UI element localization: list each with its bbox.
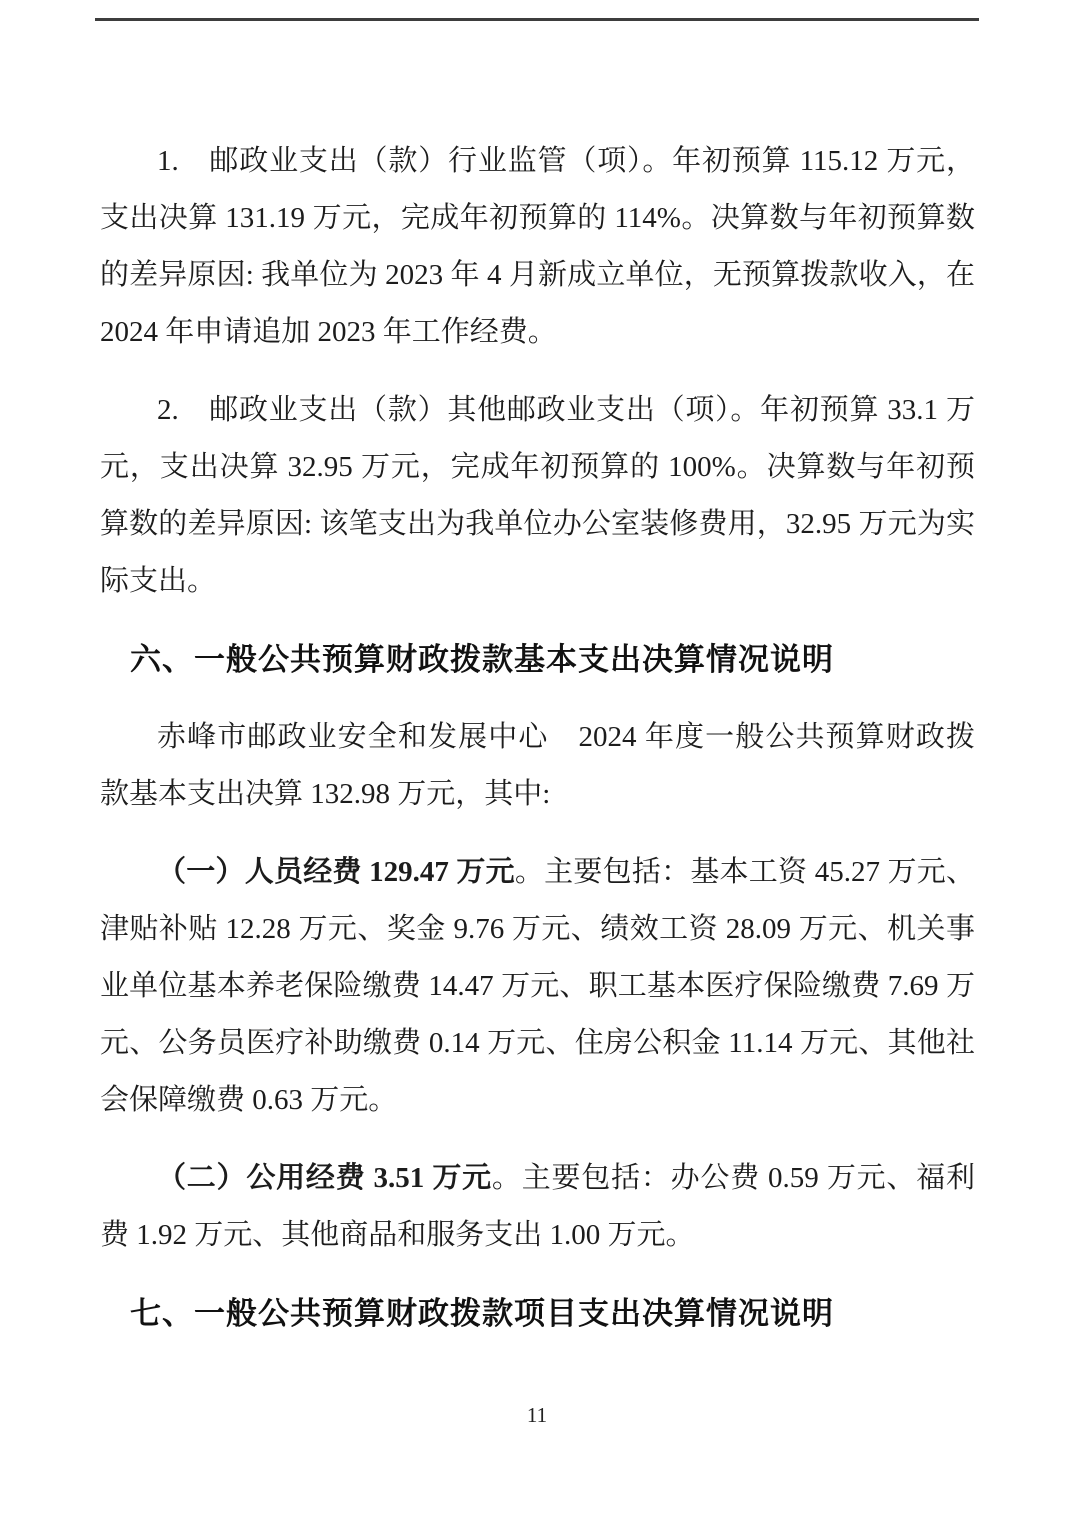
personnel-expense-detail: 。主要包括：基本工资 45.27 万元、津贴补贴 12.28 万元、奖金 9.7… — [100, 856, 975, 1116]
section-heading-six: 六、一般公共预算财政拨款基本支出决算情况说明 — [100, 631, 975, 688]
paragraph-subitem-2: 2. 邮政业支出（款）其他邮政业支出（项）。年初预算 33.1 万元，支出决算 … — [100, 382, 975, 610]
public-expense-lead: （二）公用经费 3.51 万元 — [157, 1162, 492, 1194]
paragraph-subitem-1: 1. 邮政业支出（款）行业监管（项）。年初预算 115.12 万元，支出决算 1… — [100, 133, 975, 361]
section-heading-seven: 七、一般公共预算财政拨款项目支出决算情况说明 — [100, 1285, 975, 1342]
header-rule — [95, 18, 979, 21]
paragraph-basic-expense-intro: 赤峰市邮政业安全和发展中心 2024 年度一般公共预算财政拨款基本支出决算 13… — [100, 709, 975, 823]
paragraph-public-expense: （二）公用经费 3.51 万元。主要包括：办公费 0.59 万元、福利费 1.9… — [100, 1150, 975, 1264]
paragraph-personnel-expense: （一）人员经费 129.47 万元。主要包括：基本工资 45.27 万元、津贴补… — [100, 844, 975, 1129]
personnel-expense-lead: （一）人员经费 129.47 万元 — [157, 856, 515, 888]
document-body: 1. 邮政业支出（款）行业监管（项）。年初预算 115.12 万元，支出决算 1… — [100, 133, 975, 1363]
page-number: 11 — [0, 1403, 1074, 1428]
